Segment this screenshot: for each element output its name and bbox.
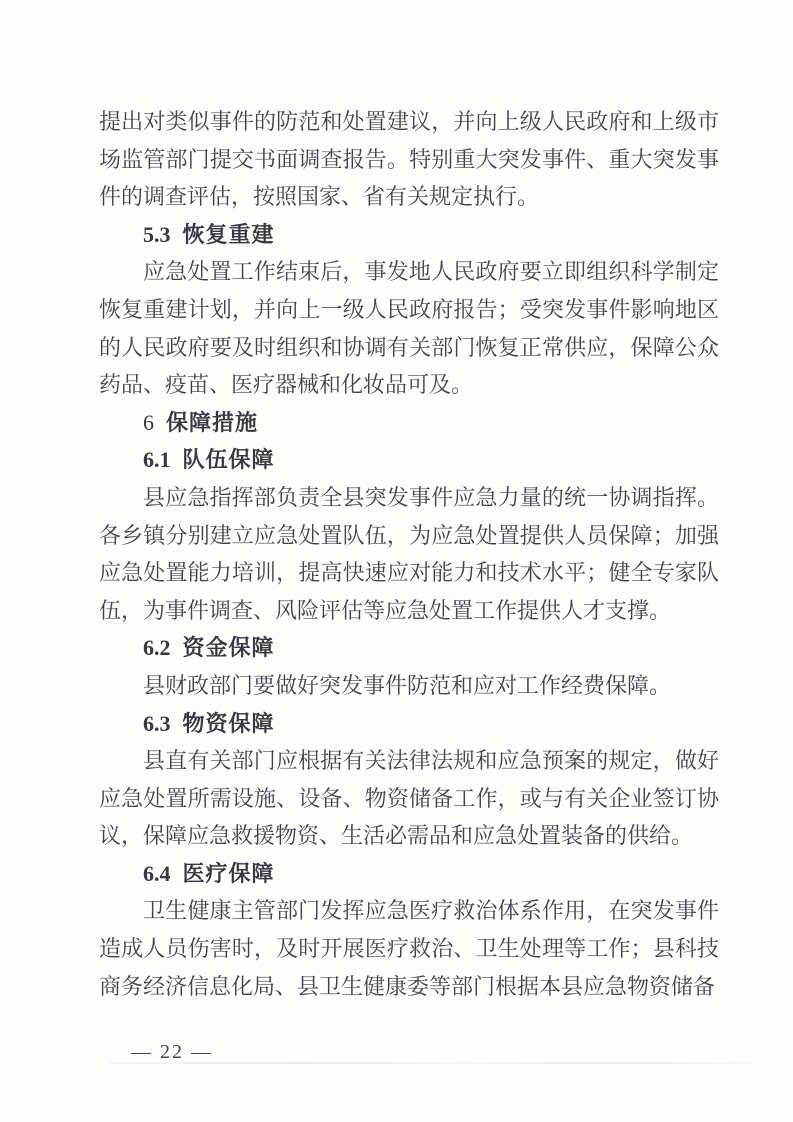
heading-number: 6.2 xyxy=(143,635,171,660)
section-heading-6-4: 6.4医疗保障 xyxy=(99,855,719,893)
body-paragraph: 县财政部门要做好突发事件防范和应对工作经费保障。 xyxy=(99,667,719,705)
heading-title: 队伍保障 xyxy=(183,447,275,472)
heading-number: 6 xyxy=(143,410,154,435)
body-paragraph: 卫生健康主管部门发挥应急医疗救治体系作用，在突发事件造成人员伤害时，及时开展医疗… xyxy=(99,892,719,1005)
section-heading-6-3: 6.3物资保障 xyxy=(99,705,719,743)
body-paragraph: 提出对类似事件的防范和处置建议，并向上级人民政府和上级市场监管部门提交书面调查报… xyxy=(99,103,719,216)
heading-number: 6.1 xyxy=(143,447,171,472)
heading-title: 医疗保障 xyxy=(183,861,275,886)
scan-artifact xyxy=(110,1062,750,1064)
section-heading-5-3: 5.3恢复重建 xyxy=(99,216,719,254)
scanned-document-page: 提出对类似事件的防范和处置建议，并向上级人民政府和上级市场监管部门提交书面调查报… xyxy=(0,0,793,1122)
body-paragraph: 县应急指挥部负责全县突发事件应急力量的统一协调指挥。各乡镇分别建立应急处置队伍，… xyxy=(99,479,719,629)
section-heading-6: 6保障措施 xyxy=(99,404,719,442)
document-content: 提出对类似事件的防范和处置建议，并向上级人民政府和上级市场监管部门提交书面调查报… xyxy=(99,103,719,1005)
body-paragraph: 应急处置工作结束后，事发地人民政府要立即组织科学制定恢复重建计划，并向上一级人民… xyxy=(99,253,719,403)
heading-number: 6.4 xyxy=(143,861,171,886)
heading-title: 保障措施 xyxy=(166,410,258,435)
body-paragraph: 县直有关部门应根据有关法律法规和应急预案的规定，做好应急处置所需设施、设备、物资… xyxy=(99,742,719,855)
heading-number: 6.3 xyxy=(143,711,171,736)
heading-number: 5.3 xyxy=(143,222,171,247)
section-heading-6-2: 6.2资金保障 xyxy=(99,629,719,667)
page-number: — 22 — xyxy=(131,1040,213,1064)
section-heading-6-1: 6.1队伍保障 xyxy=(99,441,719,479)
heading-title: 恢复重建 xyxy=(183,222,275,247)
heading-title: 物资保障 xyxy=(183,711,275,736)
heading-title: 资金保障 xyxy=(183,635,275,660)
